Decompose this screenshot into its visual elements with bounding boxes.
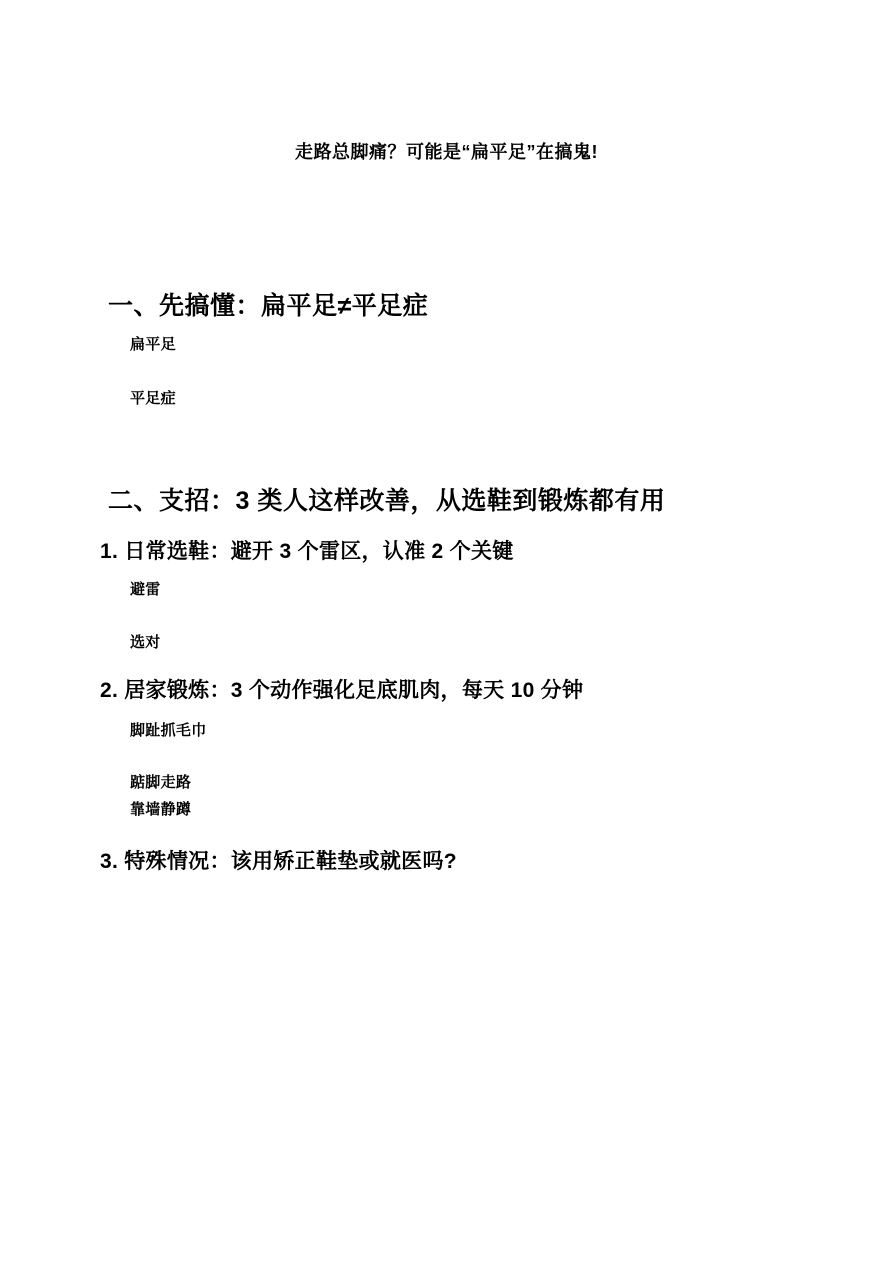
term-label-tiptoe-walking: 踮脚走路 xyxy=(130,774,191,791)
section-heading-2: 二、支招：3 类人这样改善，从选鞋到锻炼都有用 xyxy=(108,487,665,516)
subsection-heading-1: 1. 日常选鞋：避开 3 个雷区，认准 2 个关键 xyxy=(100,540,514,564)
term-label-flatfoot: 扁平足 xyxy=(130,336,176,353)
term-label-wall-squat: 靠墙静蹲 xyxy=(130,801,191,818)
section-heading-1: 一、先搞懂：扁平足≠平足症 xyxy=(108,292,428,321)
subsection-heading-3: 3. 特殊情况：该用矫正鞋垫或就医吗? xyxy=(100,850,457,874)
term-label-flatfoot-syndrome: 平足症 xyxy=(130,390,176,407)
term-label-avoid: 避雷 xyxy=(130,581,161,598)
document-title: 走路总脚痛？可能是“扁平足”在搞鬼! xyxy=(0,142,893,163)
subsection-heading-2: 2. 居家锻炼：3 个动作强化足底肌肉，每天 10 分钟 xyxy=(100,679,583,703)
term-label-choose-right: 选对 xyxy=(130,634,161,651)
term-label-toe-towel-grab: 脚趾抓毛巾 xyxy=(130,722,207,739)
document-page: 走路总脚痛？可能是“扁平足”在搞鬼! 一、先搞懂：扁平足≠平足症 扁平足 平足症… xyxy=(0,0,893,1262)
